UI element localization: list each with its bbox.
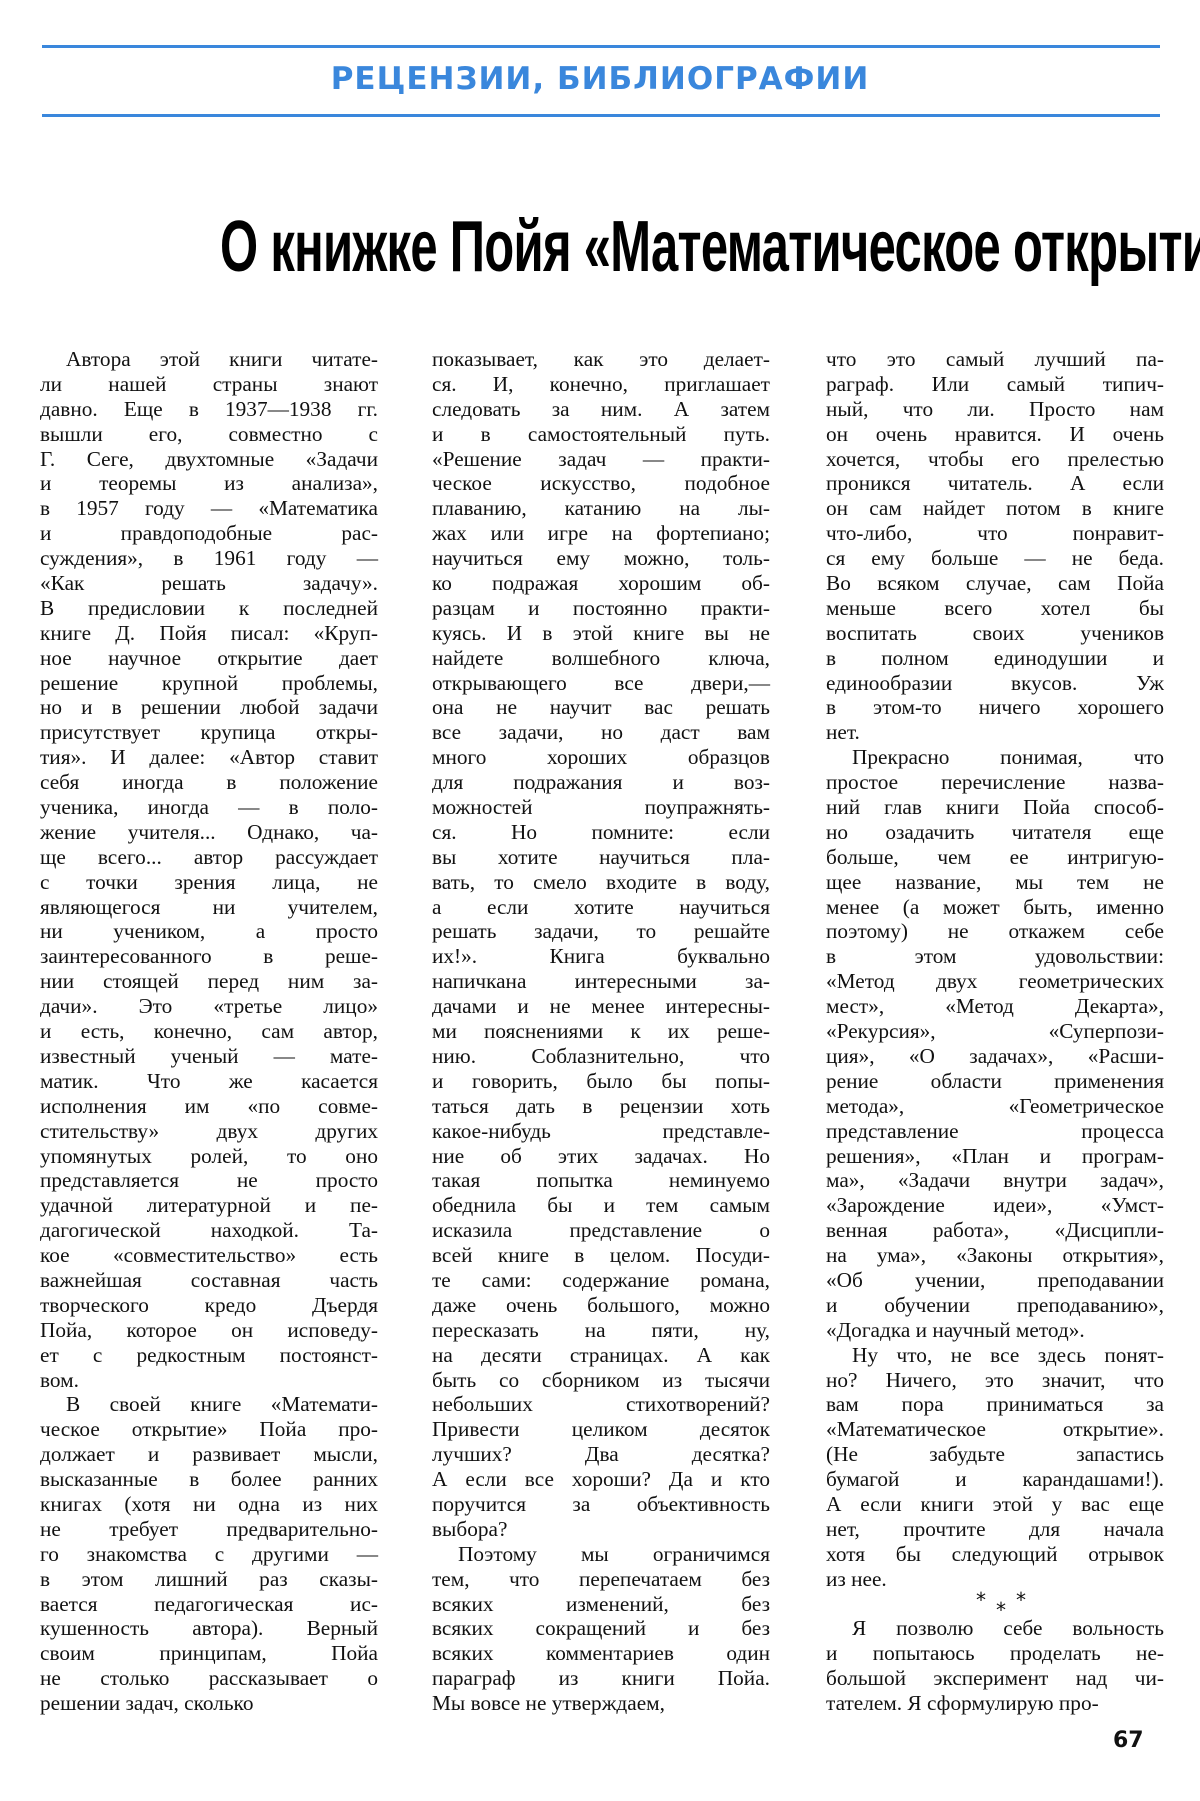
- text-line: такая попытка неминуемо: [432, 1168, 770, 1193]
- text-line: ет с редкостным постоянст-: [40, 1343, 378, 1368]
- text-line: лучших? Два десятка?: [432, 1442, 770, 1467]
- text-line: «Решение задач — практи-: [432, 447, 770, 472]
- text-line: исказила представление о: [432, 1218, 770, 1243]
- text-line: не столько рассказывает о: [40, 1666, 378, 1691]
- text-line: ческое открытие» Пойа про-: [40, 1417, 378, 1442]
- text-line: дачи». Это «третье лицо»: [40, 994, 378, 1019]
- text-line: но и в решении любой задачи: [40, 695, 378, 720]
- text-line: всяких комментариев один: [432, 1641, 770, 1666]
- text-line: жах или игре на фортепиано;: [432, 521, 770, 546]
- text-line: дачами и не менее интересны-: [432, 994, 770, 1019]
- text-line: Привести целиком десяток: [432, 1417, 770, 1442]
- text-line: Пойа, которое он исповеду-: [40, 1318, 378, 1343]
- text-line: ма», «Задачи внутри задач»,: [826, 1168, 1164, 1193]
- text-line: в этом лишний раз сказы-: [40, 1567, 378, 1592]
- text-line: те сами: содержание романа,: [432, 1268, 770, 1293]
- text-line: выбора?: [432, 1517, 770, 1542]
- text-line: книгах (хотя ни одна из них: [40, 1492, 378, 1517]
- text-line: разцам и постоянно практи-: [432, 596, 770, 621]
- text-line: для подражания и воз-: [432, 770, 770, 795]
- text-line: Г. Сеге, двухтомные «Задачи: [40, 447, 378, 472]
- text-line: ученика, иногда — в поло-: [40, 795, 378, 820]
- text-line: много хороших образцов: [432, 745, 770, 770]
- text-line: представляется не просто: [40, 1168, 378, 1193]
- text-line: она не научит вас решать: [432, 695, 770, 720]
- text-line: кушенность автора). Верный: [40, 1616, 378, 1641]
- text-line: на ума», «Законы открытия»,: [826, 1243, 1164, 1268]
- text-line: ни учеником, а просто: [40, 919, 378, 944]
- text-line: ко подражая хорошим об-: [432, 571, 770, 596]
- text-line: вы хотите научиться пла-: [432, 845, 770, 870]
- text-line: и в самостоятельный путь.: [432, 422, 770, 447]
- text-line: куясь. И в этой книге вы не: [432, 621, 770, 646]
- text-line: и говорить, было бы попы-: [432, 1069, 770, 1094]
- text-line: можностей поупражнять-: [432, 795, 770, 820]
- text-line: с точки зрения лица, не: [40, 870, 378, 895]
- text-line: всяких сокращений и без: [432, 1616, 770, 1641]
- text-line: ное научное открытие дает: [40, 646, 378, 671]
- text-line: напичкана интересными за-: [432, 969, 770, 994]
- text-line: нет.: [826, 720, 1164, 745]
- text-line: важнейшая составная часть: [40, 1268, 378, 1293]
- text-line: но озадачить читателя еще: [826, 820, 1164, 845]
- text-line: в этом удовольствии:: [826, 944, 1164, 969]
- text-line: жение учителя... Однако, ча-: [40, 820, 378, 845]
- text-line: ний глав книги Пойа способ-: [826, 795, 1164, 820]
- text-line: «Догадка и научный метод».: [826, 1318, 1164, 1343]
- text-line: исполнения им «по совме-: [40, 1094, 378, 1119]
- text-line: щее название, мы тем не: [826, 870, 1164, 895]
- text-line: бумагой и карандашами!).: [826, 1467, 1164, 1492]
- text-line: А если все хороши? Да и кто: [432, 1467, 770, 1492]
- text-line: ще всего... автор рассуждает: [40, 845, 378, 870]
- text-line: «Математическое открытие».: [826, 1417, 1164, 1442]
- text-line: параграф из книги Пойа.: [432, 1666, 770, 1691]
- text-line: что это самый лучший па-: [826, 347, 1164, 372]
- text-line: найдете волшебного ключа,: [432, 646, 770, 671]
- text-line: дагогической находкой. Та-: [40, 1218, 378, 1243]
- text-line: и правдоподобные рас-: [40, 521, 378, 546]
- text-line: нию. Соблазнительно, что: [432, 1044, 770, 1069]
- text-line: таться дать в рецензии хоть: [432, 1094, 770, 1119]
- text-line: и обучении преподаванию»,: [826, 1293, 1164, 1318]
- text-line: ция», «О задачах», «Расши-: [826, 1044, 1164, 1069]
- text-line: рение области применения: [826, 1069, 1164, 1094]
- text-line: Во всяком случае, сам Пойа: [826, 571, 1164, 596]
- text-line: и попытаюсь проделать не-: [826, 1641, 1164, 1666]
- text-line: на десяти страницах. А как: [432, 1343, 770, 1368]
- page-number: 67: [1113, 1728, 1144, 1753]
- text-line: все задачи, но даст вам: [432, 720, 770, 745]
- text-column-1: Автора этой книги читате-ли нашей страны…: [40, 347, 378, 1716]
- text-line: Я позволю себе вольность: [826, 1616, 1164, 1641]
- text-line: вом.: [40, 1368, 378, 1393]
- text-line: в этом-то ничего хорошего: [826, 695, 1164, 720]
- text-line: мест», «Метод Декарта»,: [826, 994, 1164, 1019]
- text-line: хотя бы следующий отрывок: [826, 1542, 1164, 1567]
- text-line: тем, что перепечатаем без: [432, 1567, 770, 1592]
- text-line: (Не забудьте запастись: [826, 1442, 1164, 1467]
- text-line: поручится за объективность: [432, 1492, 770, 1517]
- text-line: Автора этой книги читате-: [40, 347, 378, 372]
- text-line: ся. И, конечно, приглашает: [432, 372, 770, 397]
- text-line: менее (а может быть, именно: [826, 895, 1164, 920]
- text-line: меньше всего хотел бы: [826, 596, 1164, 621]
- text-line: нии стоящей перед ним за-: [40, 969, 378, 994]
- text-column-2: показывает, как это делает-ся. И, конечн…: [432, 347, 770, 1716]
- text-line: суждения», в 1961 году —: [40, 546, 378, 571]
- text-line: давно. Еще в 1937—1938 гг.: [40, 397, 378, 422]
- text-line: Поэтому мы ограничимся: [432, 1542, 770, 1567]
- text-line: вам пора приниматься за: [826, 1392, 1164, 1417]
- text-line: а если хотите научиться: [432, 895, 770, 920]
- text-line: что-либо, что понравит-: [826, 521, 1164, 546]
- text-line: удачной литературной и пе-: [40, 1193, 378, 1218]
- text-line: научиться ему можно, толь-: [432, 546, 770, 571]
- text-line: из нее.: [826, 1567, 1164, 1592]
- text-line: единообразии вкусов. Уж: [826, 671, 1164, 696]
- text-line: себя иногда в положение: [40, 770, 378, 795]
- text-line: быть со сборником из тысячи: [432, 1368, 770, 1393]
- article-title: О книжке Пойя «Математическое открытие»: [220, 205, 985, 289]
- text-line: кое «совместительство» есть: [40, 1243, 378, 1268]
- text-line: какое-нибудь представле-: [432, 1119, 770, 1144]
- text-line: пересказать на пяти, ну,: [432, 1318, 770, 1343]
- text-line: книге Д. Пойя писал: «Круп-: [40, 621, 378, 646]
- text-line: ческое искусство, подобное: [432, 471, 770, 496]
- text-line: В своей книге «Математи-: [40, 1392, 378, 1417]
- text-line: небольших стихотворений?: [432, 1392, 770, 1417]
- text-line: плаванию, катанию на лы-: [432, 496, 770, 521]
- text-line: и есть, конечно, сам автор,: [40, 1019, 378, 1044]
- text-line: следовать за ним. А затем: [432, 397, 770, 422]
- text-line: присутствует крупица откры-: [40, 720, 378, 745]
- text-line: заинтересованного в реше-: [40, 944, 378, 969]
- text-line: «Как решать задачу».: [40, 571, 378, 596]
- text-line: обеднила бы и тем самым: [432, 1193, 770, 1218]
- text-line: даже очень большого, можно: [432, 1293, 770, 1318]
- text-line: открывающего все двери,—: [432, 671, 770, 696]
- text-line: А если книги этой у вас еще: [826, 1492, 1164, 1517]
- text-line: высказанные в более ранних: [40, 1467, 378, 1492]
- text-line: «Метод двух геометрических: [826, 969, 1164, 994]
- text-line: венная работа», «Дисципли-: [826, 1218, 1164, 1243]
- text-line: «Об учении, преподавании: [826, 1268, 1164, 1293]
- text-line: но? Ничего, это значит, что: [826, 1368, 1164, 1393]
- text-line: решении задач, сколько: [40, 1691, 378, 1716]
- text-line: решение крупной проблемы,: [40, 671, 378, 696]
- text-line: Ну что, не все здесь понят-: [826, 1343, 1164, 1368]
- text-line: поэтому) не откажем себе: [826, 919, 1164, 944]
- text-line: и теоремы из анализа»,: [40, 471, 378, 496]
- text-line: известный ученый — мате-: [40, 1044, 378, 1069]
- text-line: решать задачи, то решайте: [432, 919, 770, 944]
- text-line: вышли его, совместно с: [40, 422, 378, 447]
- text-line: хочется, чтобы его прелестью: [826, 447, 1164, 472]
- text-line: метода», «Геометрическое: [826, 1094, 1164, 1119]
- text-line: матик. Что же касается: [40, 1069, 378, 1094]
- text-line: ми пояснениями к их реше-: [432, 1019, 770, 1044]
- text-line: упомянутых ролей, то оно: [40, 1144, 378, 1169]
- text-line: ный, что ли. Просто нам: [826, 397, 1164, 422]
- text-line: «Зарождение идеи», «Умст-: [826, 1193, 1164, 1218]
- text-line: должает и развивает мысли,: [40, 1442, 378, 1467]
- text-line: он очень нравится. И очень: [826, 422, 1164, 447]
- text-line: «Рекурсия», «Суперпози-: [826, 1019, 1164, 1044]
- text-line: Мы вовсе не утверждаем,: [432, 1691, 770, 1716]
- text-line: всяких изменений, без: [432, 1592, 770, 1617]
- text-line: проникся читатель. А если: [826, 471, 1164, 496]
- text-line: ние об этих задачах. Но: [432, 1144, 770, 1169]
- text-line: вается педагогическая ис-: [40, 1592, 378, 1617]
- text-line: ся ему больше — не беда.: [826, 546, 1164, 571]
- text-line: всей книге в целом. Посуди-: [432, 1243, 770, 1268]
- text-line: нет, прочтите для начала: [826, 1517, 1164, 1542]
- text-line: тателем. Я сформулирую про-: [826, 1691, 1164, 1716]
- text-line: он сам найдет потом в книге: [826, 496, 1164, 521]
- text-column-3: что это самый лучший па-раграф. Или самы…: [826, 347, 1164, 1716]
- text-line: стительству» двух других: [40, 1119, 378, 1144]
- text-line: воспитать своих учеников: [826, 621, 1164, 646]
- text-line: творческого кредо Дъердя: [40, 1293, 378, 1318]
- text-line: ли нашей страны знают: [40, 372, 378, 397]
- header-rule-bottom: [42, 114, 1160, 117]
- text-line: простое перечисление назва-: [826, 770, 1164, 795]
- text-line: раграф. Или самый типич-: [826, 372, 1164, 397]
- section-heading: РЕЦЕНЗИИ, БИБЛИОГРАФИИ: [0, 58, 1200, 100]
- text-line: больше, чем ее интригую-: [826, 845, 1164, 870]
- text-line: показывает, как это делает-: [432, 347, 770, 372]
- text-line: ся. Но помните: если: [432, 820, 770, 845]
- text-line: вать, то смело входите в воду,: [432, 870, 770, 895]
- text-line: в полном единодушии и: [826, 646, 1164, 671]
- header-rule-top: [42, 45, 1160, 48]
- text-line: Прекрасно понимая, что: [826, 745, 1164, 770]
- text-line: большой эксперимент над чи-: [826, 1666, 1164, 1691]
- text-line: го знакомства с другими —: [40, 1542, 378, 1567]
- text-line: их!». Книга буквально: [432, 944, 770, 969]
- text-line: тия». И далее: «Автор ставит: [40, 745, 378, 770]
- text-line: своим принципам, Пойа: [40, 1641, 378, 1666]
- text-line: в 1957 году — «Математика: [40, 496, 378, 521]
- text-line: являющегося ни учителем,: [40, 895, 378, 920]
- section-separator-stars: ***: [826, 1592, 1164, 1617]
- text-line: представление процесса: [826, 1119, 1164, 1144]
- text-line: не требует предварительно-: [40, 1517, 378, 1542]
- text-line: решения», «План и програм-: [826, 1144, 1164, 1169]
- text-line: В предисловии к последней: [40, 596, 378, 621]
